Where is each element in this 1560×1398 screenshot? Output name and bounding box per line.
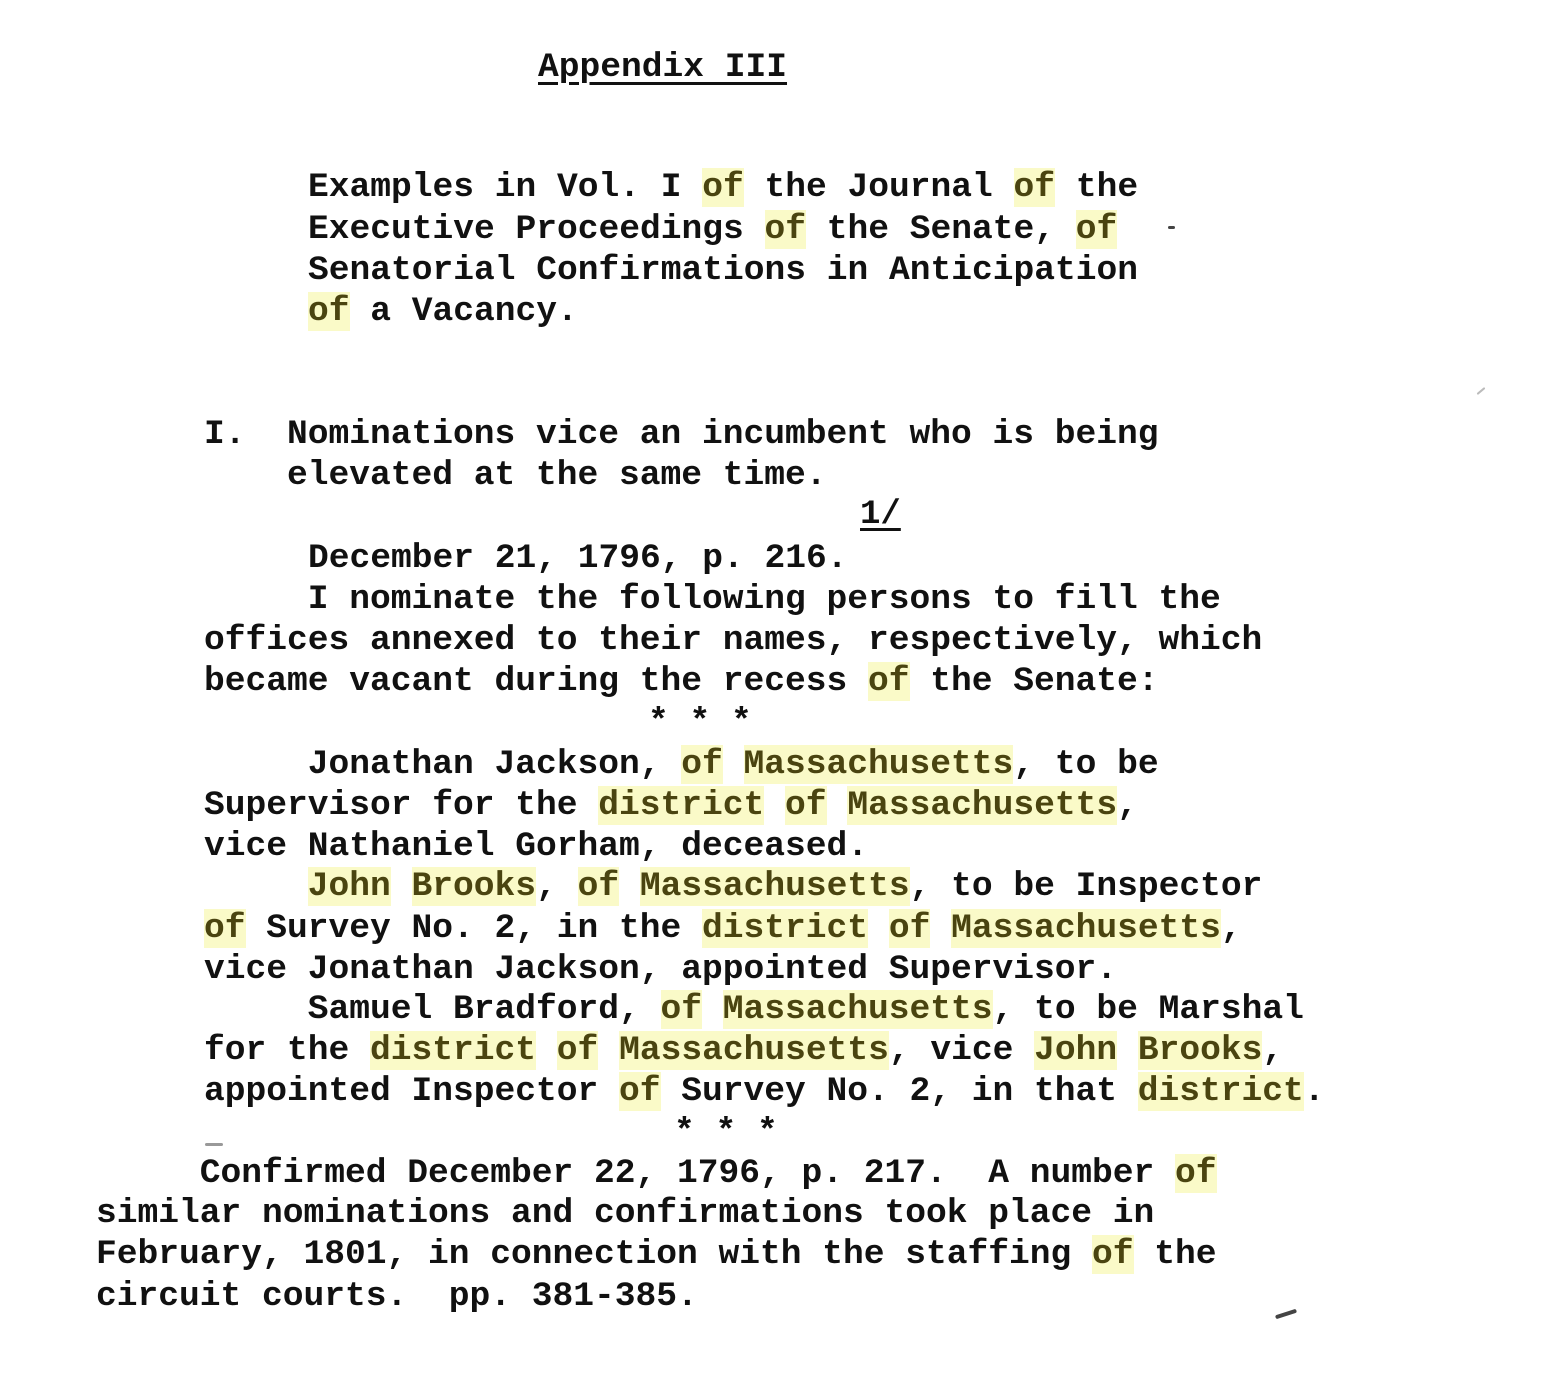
footnote-number: 1/: [860, 496, 901, 534]
paragraph-line: became vacant during the recess of the S…: [204, 662, 1159, 702]
highlighted-term: of: [619, 1072, 661, 1111]
text-segment: ,: [1221, 909, 1242, 948]
highlighted-term: of: [661, 990, 703, 1029]
entry-line: John Brooks, of Massachusetts, to be Ins…: [204, 867, 1262, 907]
text-segment: Executive Proceedings: [308, 210, 765, 249]
highlighted-term: of: [1092, 1235, 1134, 1274]
text-segment: similar nominations and confirmations to…: [96, 1194, 1154, 1233]
heading-line: Senatorial Confirmations in Anticipation: [308, 251, 1138, 291]
highlighted-term: district: [370, 1031, 536, 1070]
highlighted-term: Massachusetts: [951, 909, 1221, 948]
entry-line: Supervisor for the district of Massachus…: [204, 786, 1138, 826]
text-segment: .: [1304, 1072, 1325, 1111]
text-segment: Supervisor for the: [204, 786, 598, 825]
scan-speck: [1477, 387, 1486, 395]
text-segment: [204, 867, 308, 906]
text-segment: Survey No. 2, in the: [246, 909, 703, 948]
entry-line: vice Nathaniel Gorham, deceased.: [204, 827, 868, 867]
highlighted-term: Massachusetts: [723, 990, 993, 1029]
highlighted-term: of: [785, 786, 827, 825]
highlighted-term: of: [578, 867, 620, 906]
text-segment: elevated at the same time.: [204, 456, 827, 495]
text-segment: February, 1801, in connection with the s…: [96, 1235, 1092, 1274]
document-page: Appendix III Examples in Vol. I of the J…: [0, 0, 1560, 1398]
text-segment: vice Jonathan Jackson, appointed Supervi…: [204, 950, 1117, 989]
ellipsis-asterisks: * * *: [648, 703, 752, 743]
highlighted-term: of: [557, 1031, 599, 1070]
section-line: elevated at the same time.: [204, 456, 827, 496]
highlighted-term: district: [1138, 1072, 1304, 1111]
text-segment: [764, 786, 785, 825]
footnote-marker[interactable]: 1/: [860, 496, 901, 534]
highlighted-term: of: [765, 210, 807, 249]
scan-speck: [1275, 1309, 1297, 1320]
highlighted-term: of: [308, 292, 350, 331]
paragraph-line: February, 1801, in connection with the s…: [96, 1235, 1217, 1275]
text-segment: , vice: [889, 1031, 1034, 1070]
text-segment: [1117, 1031, 1138, 1070]
highlighted-term: district: [702, 909, 868, 948]
entry-line: for the district of Massachusetts, vice …: [204, 1031, 1283, 1071]
scan-speck: [1168, 226, 1175, 229]
text-segment: [391, 867, 412, 906]
text-segment: a Vacancy.: [350, 292, 578, 331]
text-segment: Jonathan Jackson,: [204, 745, 681, 784]
highlighted-term: of: [868, 662, 910, 701]
highlighted-term: John: [1034, 1031, 1117, 1070]
highlighted-term: Massachusetts: [847, 786, 1117, 825]
ellipsis-asterisks: * * *: [674, 1113, 778, 1153]
text-segment: [619, 867, 640, 906]
highlighted-term: of: [702, 168, 744, 207]
highlighted-term: Brooks: [1138, 1031, 1263, 1070]
text-segment: [536, 1031, 557, 1070]
highlighted-term: of: [1014, 168, 1056, 207]
text-segment: [930, 909, 951, 948]
highlighted-term: of: [1175, 1154, 1217, 1193]
highlighted-term: of: [889, 909, 931, 948]
text-segment: , to be: [1013, 745, 1158, 784]
text-segment: became vacant during the recess: [204, 662, 868, 701]
paragraph-line: circuit courts. pp. 381-385.: [96, 1277, 698, 1317]
entry-line: of Survey No. 2, in the district of Mass…: [204, 909, 1242, 949]
text-segment: Survey No. 2, in that: [661, 1072, 1138, 1111]
text-segment: [868, 909, 889, 948]
text-segment: , to be Inspector: [910, 867, 1263, 906]
text-segment: [723, 745, 744, 784]
highlighted-term: of: [1076, 210, 1118, 249]
text-segment: Confirmed December 22, 1796, p. 217. A n…: [96, 1154, 1175, 1193]
highlighted-term: Massachusetts: [640, 867, 910, 906]
text-segment: the Senate:: [910, 662, 1159, 701]
highlighted-term: of: [204, 909, 246, 948]
text-segment: Senatorial Confirmations in Anticipation: [308, 251, 1138, 290]
heading-line: Executive Proceedings of the Senate, of: [308, 210, 1117, 250]
highlighted-term: Massachusetts: [619, 1031, 889, 1070]
paragraph-line: offices annexed to their names, respecti…: [204, 621, 1262, 661]
text-segment: Examples in Vol. I: [308, 168, 702, 207]
text-segment: the: [1134, 1235, 1217, 1274]
text-segment: I. Nominations vice an incumbent who is …: [204, 415, 1159, 454]
text-segment: Samuel Bradford,: [204, 990, 661, 1029]
text-segment: appointed Inspector: [204, 1072, 619, 1111]
heading-line: Examples in Vol. I of the Journal of the: [308, 168, 1138, 208]
paragraph-line: similar nominations and confirmations to…: [96, 1194, 1154, 1234]
text-segment: [827, 786, 848, 825]
entry-line: appointed Inspector of Survey No. 2, in …: [204, 1072, 1325, 1112]
highlighted-term: John: [308, 867, 391, 906]
text-segment: offices annexed to their names, respecti…: [204, 621, 1262, 660]
text-segment: [598, 1031, 619, 1070]
date-line: December 21, 1796, p. 216.: [308, 539, 848, 579]
text-segment: ,: [536, 867, 578, 906]
entry-line: Jonathan Jackson, of Massachusetts, to b…: [204, 745, 1159, 785]
highlighted-term: Brooks: [412, 867, 537, 906]
text-segment: ,: [1117, 786, 1138, 825]
scan-speck: [205, 1143, 223, 1146]
text-segment: I nominate the following persons to fill…: [204, 580, 1221, 619]
text-segment: vice Nathaniel Gorham, deceased.: [204, 827, 868, 866]
section-line: I. Nominations vice an incumbent who is …: [204, 415, 1159, 455]
text-segment: the Senate,: [806, 210, 1076, 249]
text-segment: the: [1055, 168, 1138, 207]
highlighted-term: of: [681, 745, 723, 784]
text-segment: for the: [204, 1031, 370, 1070]
text-segment: circuit courts. pp. 381-385.: [96, 1277, 698, 1316]
paragraph-line: Confirmed December 22, 1796, p. 217. A n…: [96, 1154, 1217, 1194]
text-segment: ,: [1262, 1031, 1283, 1070]
highlighted-term: district: [598, 786, 764, 825]
text-segment: the Journal: [744, 168, 1014, 207]
text-segment: [702, 990, 723, 1029]
heading-line: of a Vacancy.: [308, 292, 578, 332]
text-segment: , to be Marshal: [993, 990, 1304, 1029]
entry-line: vice Jonathan Jackson, appointed Supervi…: [204, 950, 1117, 990]
entry-line: Samuel Bradford, of Massachusetts, to be…: [204, 990, 1304, 1030]
page-title: Appendix III: [538, 48, 787, 88]
highlighted-term: Massachusetts: [744, 745, 1014, 784]
paragraph-line: I nominate the following persons to fill…: [204, 580, 1221, 620]
